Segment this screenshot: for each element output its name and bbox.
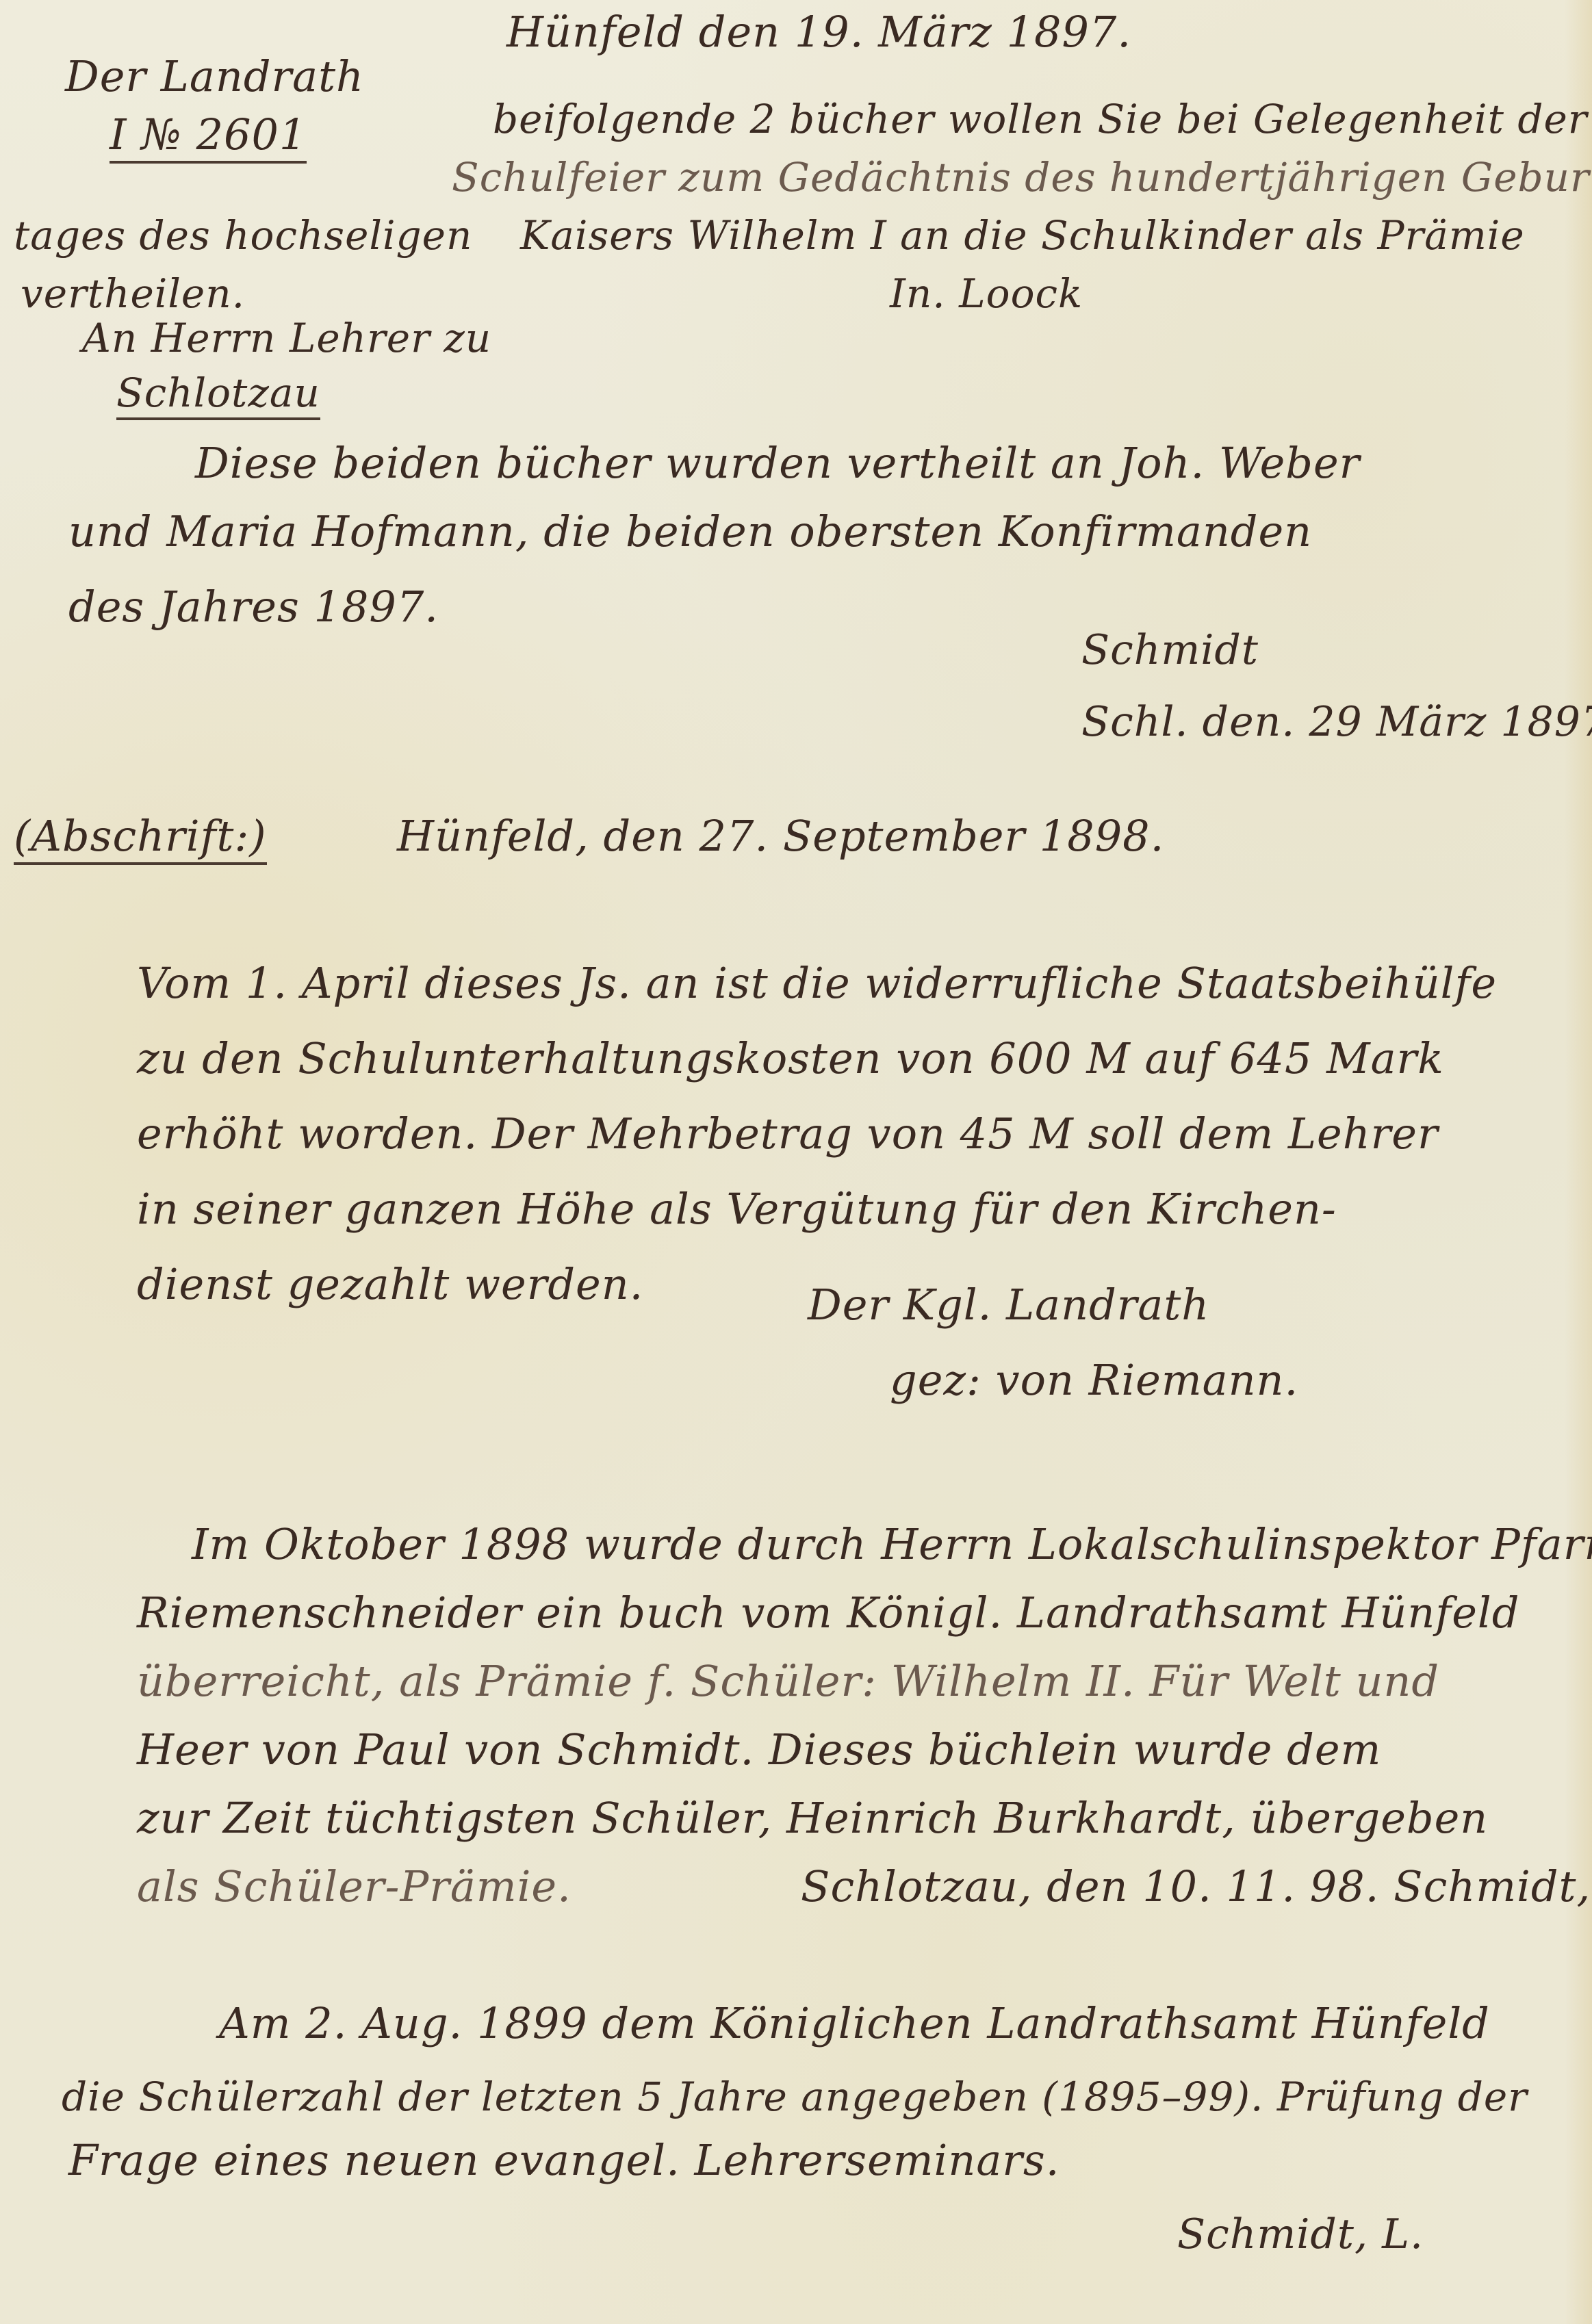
entry-body-line: Riemenschneider ein buch vom Königl. Lan… — [137, 1588, 1519, 1638]
reference-number: I № 2601 — [110, 109, 307, 164]
copy-header-date: Hünfeld, den 27. September 1898. — [397, 811, 1164, 861]
copy-closing-line1: Der Kgl. Landrath — [808, 1280, 1209, 1330]
manuscript-page: Der Landrath I № 2601 Hünfeld den 19. Mä… — [0, 0, 1592, 2324]
margin-continuation: vertheilen. — [21, 270, 245, 317]
addressee-place: Schlotzau — [116, 370, 320, 420]
addressee-line1: An Herrn Lehrer zu — [82, 315, 491, 361]
entry-body-line: überreicht, als Prämie f. Schüler: Wilhe… — [137, 1656, 1439, 1706]
note-body-line: des Jahres 1897. — [68, 582, 439, 632]
note-signature: Schmidt — [1081, 626, 1259, 674]
copy-body-line: zu den Schulunterhaltungskosten von 600 … — [137, 1033, 1444, 1083]
entry-place-date-signature: Schlotzau, den 10. 11. 98. Schmidt, L. — [801, 1861, 1592, 1911]
letter-body-line: Schulfeier zum Gedächtnis des hundertjäh… — [452, 154, 1592, 201]
copy-label-text: (Abschrift:) — [14, 811, 267, 865]
entry-body-line: Im Oktober 1898 wurde durch Herrn Lokals… — [192, 1519, 1592, 1569]
copy-body-line: erhöht worden. Der Mehrbetrag von 45 M s… — [137, 1109, 1439, 1159]
entry-body-line: Frage eines neuen evangel. Lehrerseminar… — [68, 2135, 1060, 2185]
copy-closing-line2: gez: von Riemann. — [890, 1355, 1298, 1405]
margin-sender-line2: I № 2601 — [110, 109, 307, 159]
letter-signature: In. Loock — [890, 270, 1083, 317]
entry-body-line: Am 2. Aug. 1899 dem Königlichen Landrath… — [219, 1998, 1490, 2048]
note-body-line: Diese beiden bücher wurden vertheilt an … — [195, 438, 1360, 488]
note-body-line: und Maria Hofmann, die beiden obersten K… — [68, 506, 1312, 556]
copy-body-line: in seiner ganzen Höhe als Vergütung für … — [137, 1184, 1337, 1234]
margin-continuation: tages des hochseligen — [14, 212, 472, 259]
copy-body-line: Vom 1. April dieses Js. an ist die wider… — [137, 958, 1497, 1008]
margin-sender-line1: Der Landrath — [65, 51, 364, 101]
entry-signature: Schmidt, L. — [1177, 2210, 1424, 2258]
copy-label: (Abschrift:) — [14, 811, 267, 861]
entry-body-line: zur Zeit tüchtigsten Schüler, Heinrich B… — [137, 1793, 1488, 1843]
entry-body-line: Heer von Paul von Schmidt. Dieses büchle… — [137, 1725, 1381, 1774]
letter-body-line: Kaisers Wilhelm I an die Schulkinder als… — [520, 212, 1525, 259]
letter-header-date: Hünfeld den 19. März 1897. — [506, 7, 1131, 57]
page-edge-shading — [1565, 0, 1592, 2324]
letter-body-line: beifolgende 2 bücher wollen Sie bei Gele… — [493, 96, 1588, 142]
note-place-date: Schl. den. 29 März 1897. — [1081, 698, 1592, 746]
entry-body-line: die Schülerzahl der letzten 5 Jahre ange… — [62, 2074, 1528, 2120]
addressee-line2: Schlotzau — [116, 370, 320, 416]
entry-body-line: als Schüler-Prämie. — [137, 1861, 572, 1911]
copy-body-line: dienst gezahlt werden. — [137, 1259, 643, 1309]
